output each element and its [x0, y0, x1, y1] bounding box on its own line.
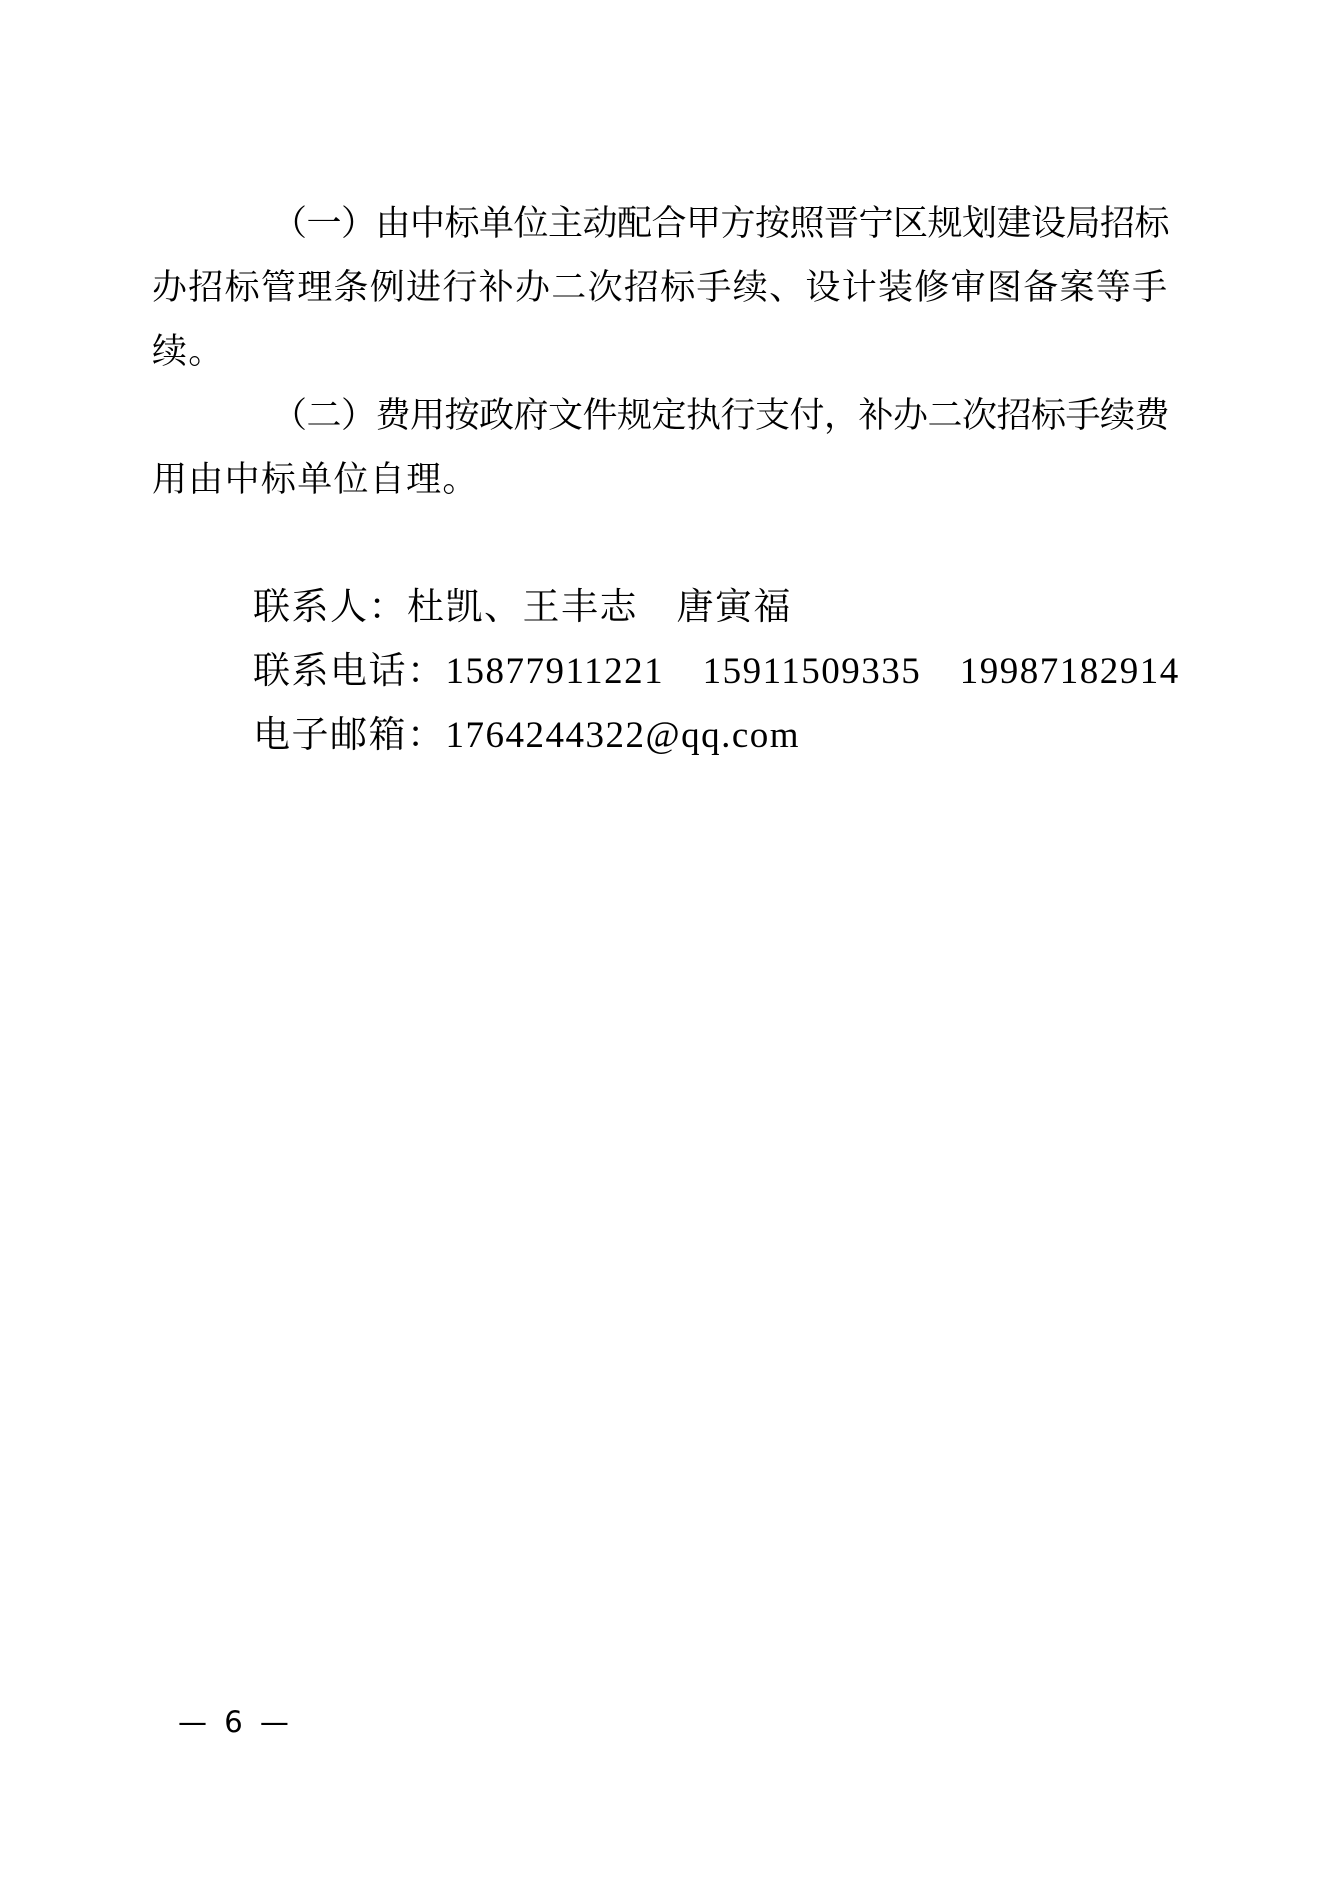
document-body: （一）由中标单位主动配合甲方按照晋宁区规划建设局招标 办招标管理条例进行补办二次…	[152, 192, 1167, 768]
contact-email-line: 电子邮箱：1764244322@qq.com	[152, 704, 1167, 768]
paragraph-1-line-3: 续。	[152, 320, 1167, 384]
paragraph-2-line-2: 用由中标单位自理。	[152, 448, 1167, 512]
blank-line	[152, 512, 1167, 576]
contact-person-line: 联系人：杜凯、王丰志 唐寅福	[152, 576, 1167, 640]
document-page: （一）由中标单位主动配合甲方按照晋宁区规划建设局招标 办招标管理条例进行补办二次…	[0, 0, 1337, 1891]
paragraph-1-line-1: （一）由中标单位主动配合甲方按照晋宁区规划建设局招标	[152, 192, 1167, 256]
paragraph-1-line-2: 办招标管理条例进行补办二次招标手续、设计装修审图备案等手	[152, 256, 1167, 320]
page-number: — 6 —	[178, 1705, 293, 1739]
contact-phone-line: 联系电话：15877911221 15911509335 19987182914	[152, 640, 1167, 704]
paragraph-2-line-1: （二）费用按政府文件规定执行支付，补办二次招标手续费	[152, 384, 1167, 448]
